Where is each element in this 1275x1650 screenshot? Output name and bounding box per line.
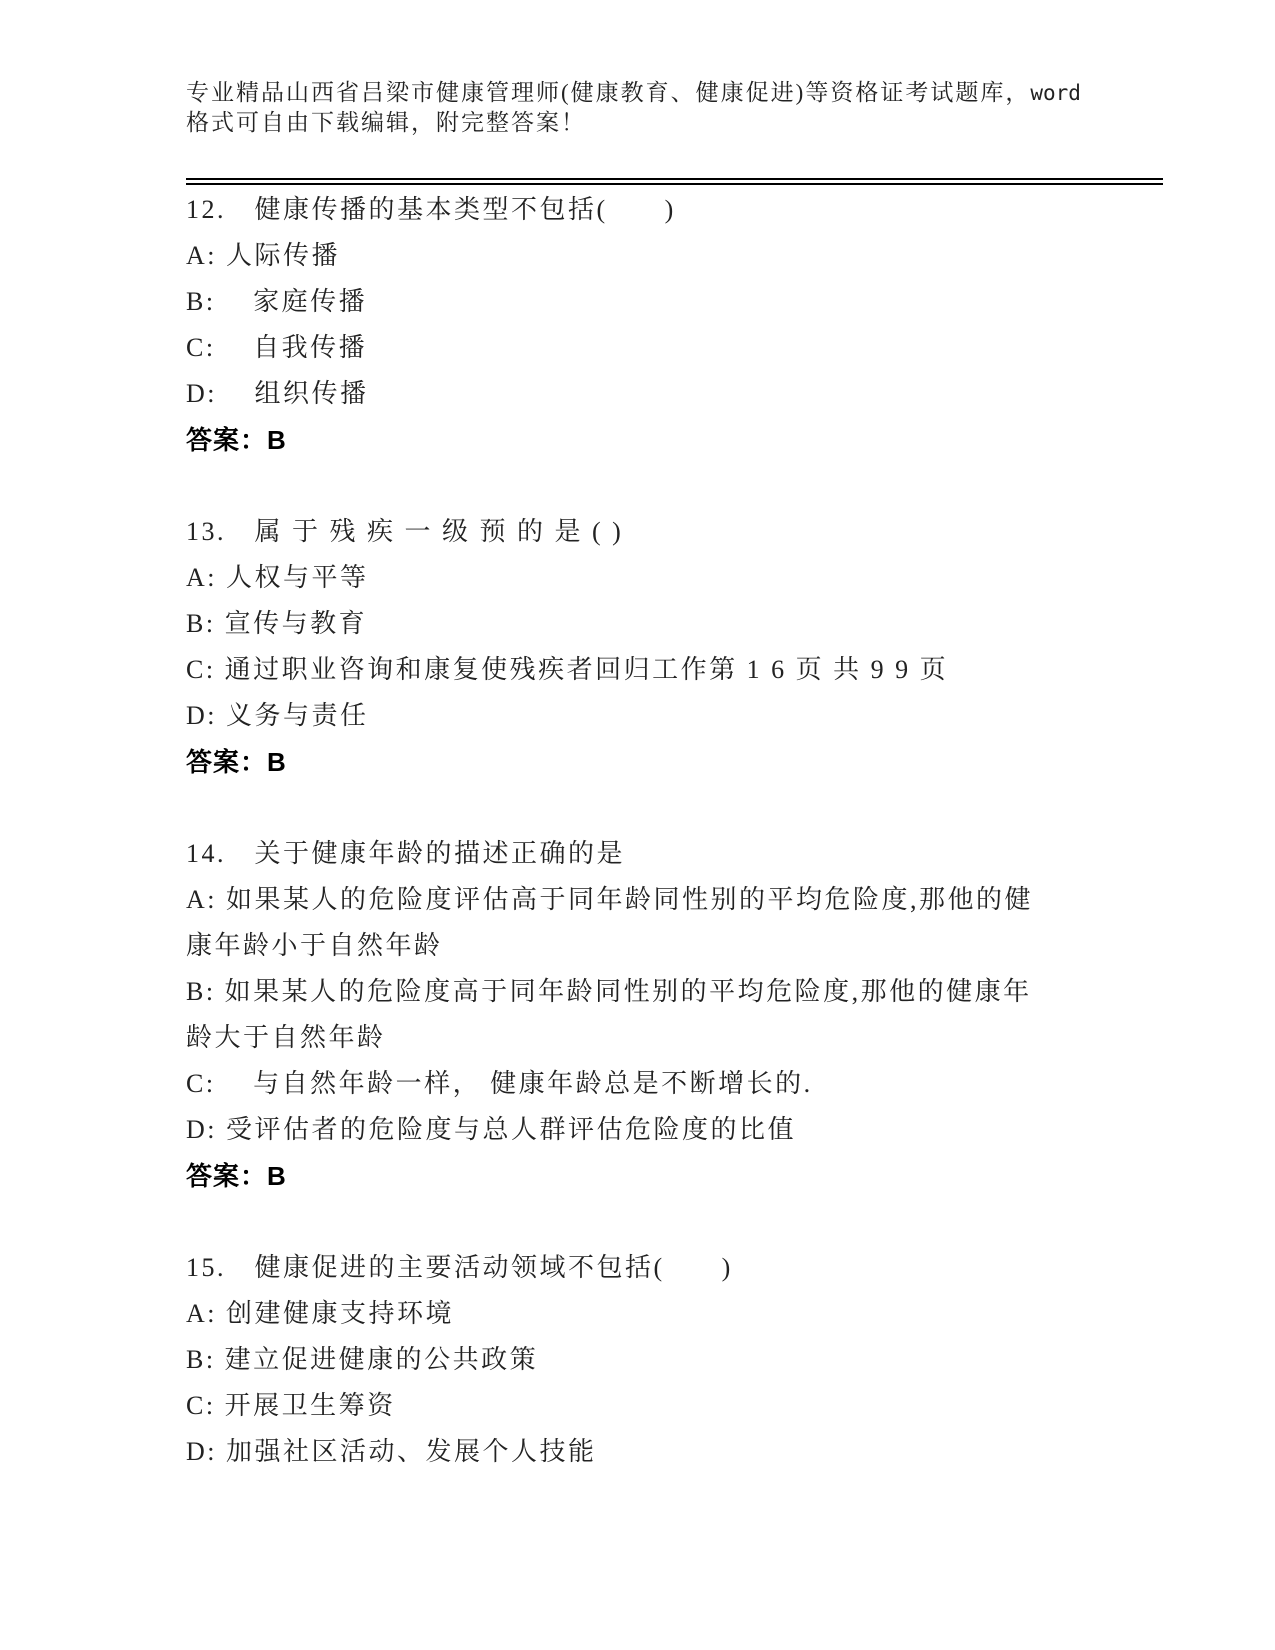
answer-line: 答案：B bbox=[186, 417, 1163, 463]
document-content: 专业精品山西省吕梁市健康管理师(健康教育、健康促进)等资格证考试题库，word … bbox=[186, 0, 1163, 1475]
option-b: B: 家庭传播 bbox=[186, 279, 1163, 325]
option-c: C: 与自然年龄一样， 健康年龄总是不断增长的. bbox=[186, 1061, 1163, 1107]
option-a: A: 人际传播 bbox=[186, 233, 1163, 279]
question-block-12: 12. 健康传播的基本类型不包括( ) A: 人际传播 B: 家庭传播 C: 自… bbox=[186, 187, 1163, 463]
header-line-1: 专业精品山西省吕梁市健康管理师(健康教育、健康促进)等资格证考试题库，word bbox=[186, 78, 1163, 108]
option-b: B: 建立促进健康的公共政策 bbox=[186, 1337, 1163, 1383]
option-c: C: 开展卫生筹资 bbox=[186, 1383, 1163, 1429]
header-divider bbox=[186, 178, 1163, 185]
question-block-15: 15. 健康促进的主要活动领域不包括( ) A: 创建健康支持环境 B: 建立促… bbox=[186, 1245, 1163, 1475]
question-block-14: 14. 关于健康年龄的描述正确的是 A: 如果某人的危险度评估高于同年龄同性别的… bbox=[186, 831, 1163, 1199]
header-line-1-text: 专业精品山西省吕梁市健康管理师(健康教育、健康促进)等资格证考试题库， bbox=[186, 80, 1030, 105]
question-title: 12. 健康传播的基本类型不包括( ) bbox=[186, 187, 1163, 233]
question-title: 13. 属 于 残 疾 一 级 预 的 是 ( ) bbox=[186, 509, 1163, 555]
option-a: A: 创建健康支持环境 bbox=[186, 1291, 1163, 1337]
option-c: C: 通过职业咨询和康复使残疾者回归工作第 1 6 页 共 9 9 页 bbox=[186, 647, 1163, 693]
header-line-1-word: word bbox=[1030, 81, 1081, 105]
option-b-line-2: 龄大于自然年龄 bbox=[186, 1015, 1163, 1061]
option-a-line-1: A: 如果某人的危险度评估高于同年龄同性别的平均危险度,那他的健 bbox=[186, 877, 1163, 923]
option-b-line-1: B: 如果某人的危险度高于同年龄同性别的平均危险度,那他的健康年 bbox=[186, 969, 1163, 1015]
header-line-2: 格式可自由下载编辑，附完整答案！ bbox=[186, 108, 1163, 138]
option-d: D: 组织传播 bbox=[186, 371, 1163, 417]
option-a: A: 人权与平等 bbox=[186, 555, 1163, 601]
answer-line: 答案：B bbox=[186, 739, 1163, 785]
option-d: D: 加强社区活动、发展个人技能 bbox=[186, 1429, 1163, 1475]
option-c: C: 自我传播 bbox=[186, 325, 1163, 371]
document-page: 专业精品山西省吕梁市健康管理师(健康教育、健康促进)等资格证考试题库，word … bbox=[0, 0, 1275, 1650]
question-block-13: 13. 属 于 残 疾 一 级 预 的 是 ( ) A: 人权与平等 B: 宣传… bbox=[186, 509, 1163, 785]
document-header: 专业精品山西省吕梁市健康管理师(健康教育、健康促进)等资格证考试题库，word … bbox=[186, 78, 1163, 138]
question-title: 14. 关于健康年龄的描述正确的是 bbox=[186, 831, 1163, 877]
option-d: D: 受评估者的危险度与总人群评估危险度的比值 bbox=[186, 1107, 1163, 1153]
answer-line: 答案：B bbox=[186, 1153, 1163, 1199]
option-d: D: 义务与责任 bbox=[186, 693, 1163, 739]
option-b: B: 宣传与教育 bbox=[186, 601, 1163, 647]
question-title: 15. 健康促进的主要活动领域不包括( ) bbox=[186, 1245, 1163, 1291]
option-a-line-2: 康年龄小于自然年龄 bbox=[186, 923, 1163, 969]
